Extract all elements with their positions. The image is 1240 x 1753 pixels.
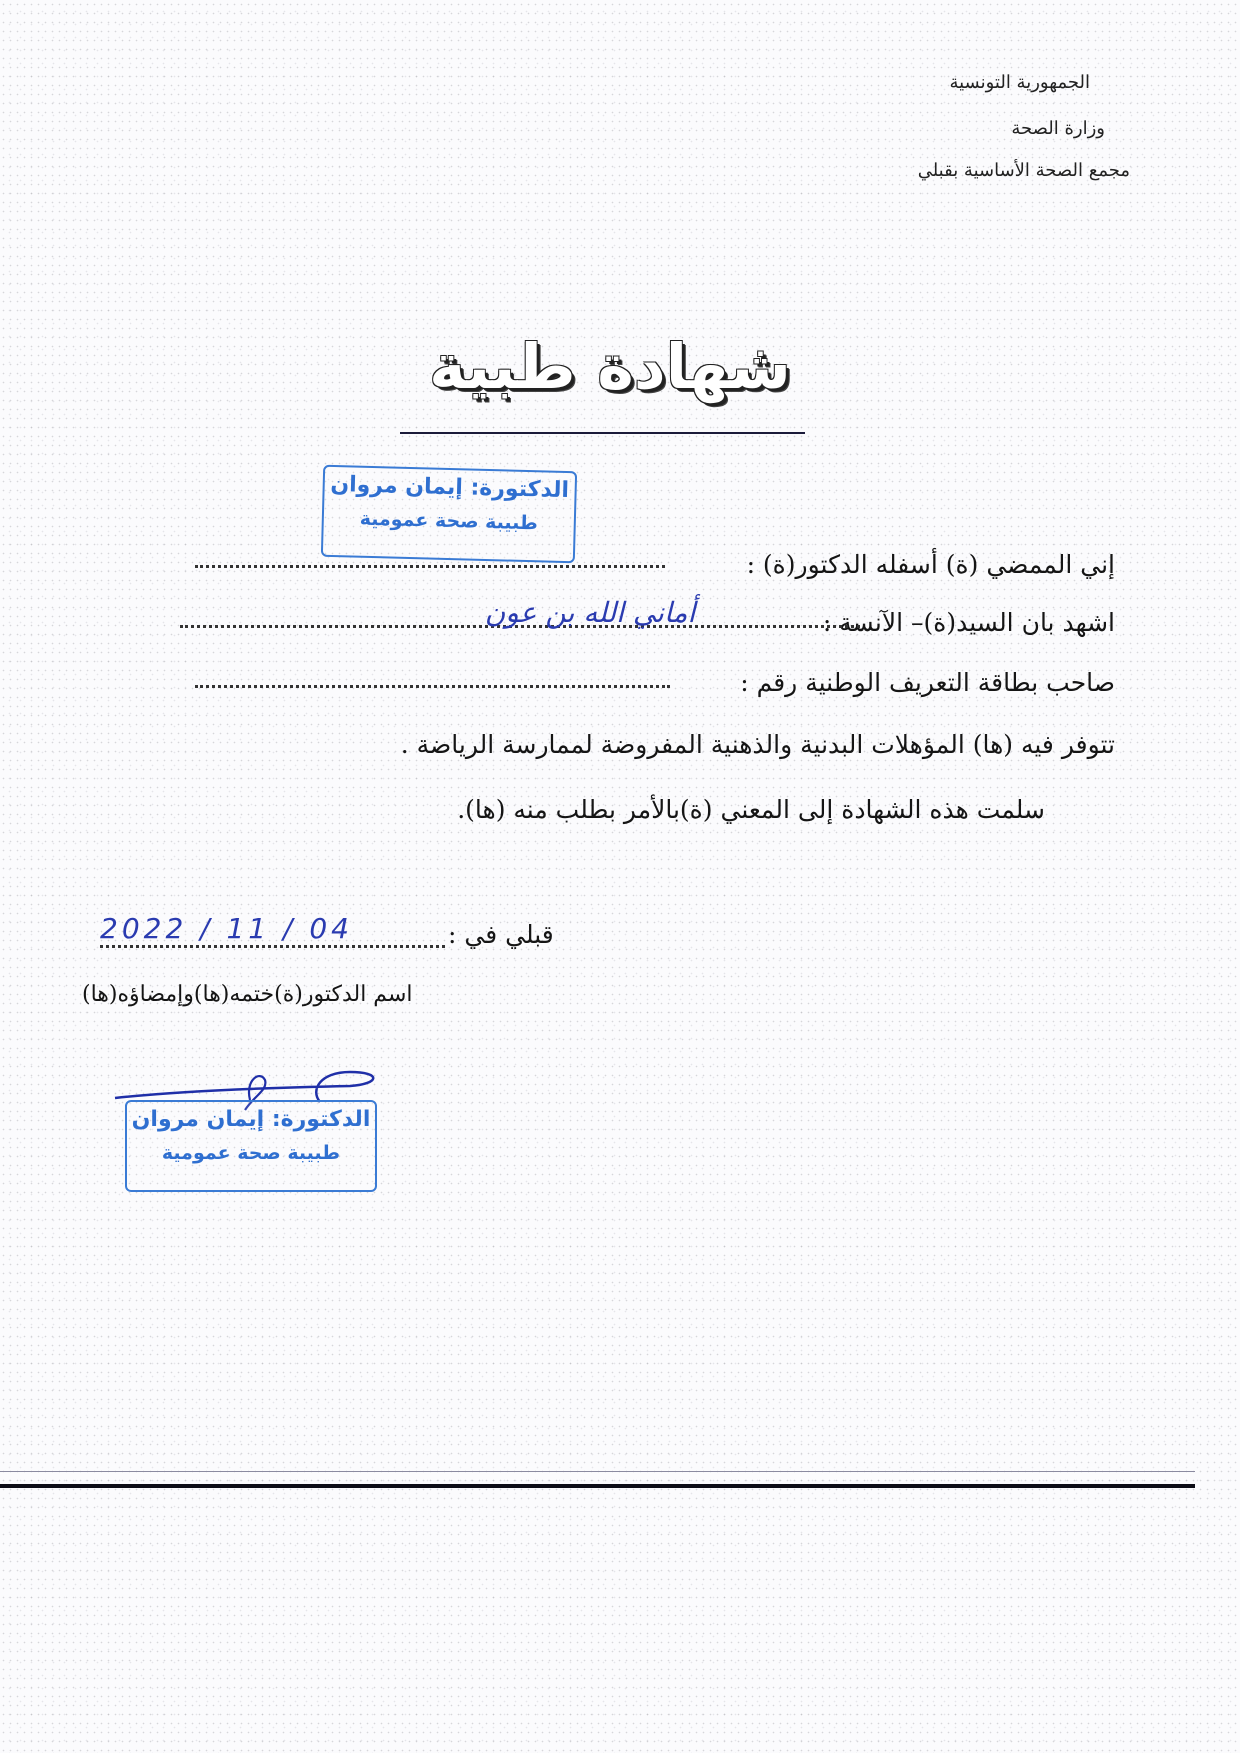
footer-rule-thin — [0, 1471, 1195, 1472]
body-line-doctor-label: إني الممضي (ة) أسفله الدكتور(ة) : — [747, 550, 1115, 579]
date-label: قبلي في : — [448, 920, 554, 949]
body-line-patient-label: اشهد بان السيد(ة)– الآنسة : — [823, 608, 1115, 637]
body-line-fitness-statement: تتوفر فيه (ها) المؤهلات البدنية والذهنية… — [401, 730, 1115, 759]
doctor-stamp-bottom: الدكتورة: إيمان مروان طبيبة صحة عمومية — [125, 1100, 377, 1192]
document-title: شهادة طبية — [400, 330, 820, 403]
header-health-complex: مجمع الصحة الأساسية بقبلي — [918, 160, 1130, 181]
body-line-issued-statement: سلمت هذه الشهادة إلى المعني (ة)بالأمر بط… — [457, 795, 1045, 824]
date-handwritten: 2022 / 11 / 04 — [100, 912, 440, 945]
stamp-doctor-title: طبيبة صحة عمومية — [323, 503, 574, 540]
stamp-doctor-name: الدكتورة: إيمان مروان — [127, 1102, 375, 1138]
doctor-stamp-top: الدكتورة: إيمان مروان طبيبة صحة عمومية — [321, 465, 577, 564]
patient-name-handwritten: أماني الله بن عون — [330, 596, 850, 629]
signature-label: اسم الدكتور(ة)ختمه(ها)وإمضاؤه(ها) — [82, 982, 412, 1007]
stamp-doctor-title: طبيبة صحة عمومية — [127, 1138, 375, 1168]
footer-rule-thick — [0, 1484, 1195, 1488]
header-ministry: وزارة الصحة — [1011, 118, 1105, 139]
body-line-id-card-label: صاحب بطاقة التعريف الوطنية رقم : — [740, 668, 1115, 697]
title-underline — [400, 432, 805, 434]
doctor-name-field — [195, 565, 665, 568]
id-card-number-field — [195, 685, 670, 688]
date-field — [100, 945, 445, 948]
paper-texture — [0, 0, 1240, 1753]
header-republic: الجمهورية التونسية — [949, 72, 1090, 93]
